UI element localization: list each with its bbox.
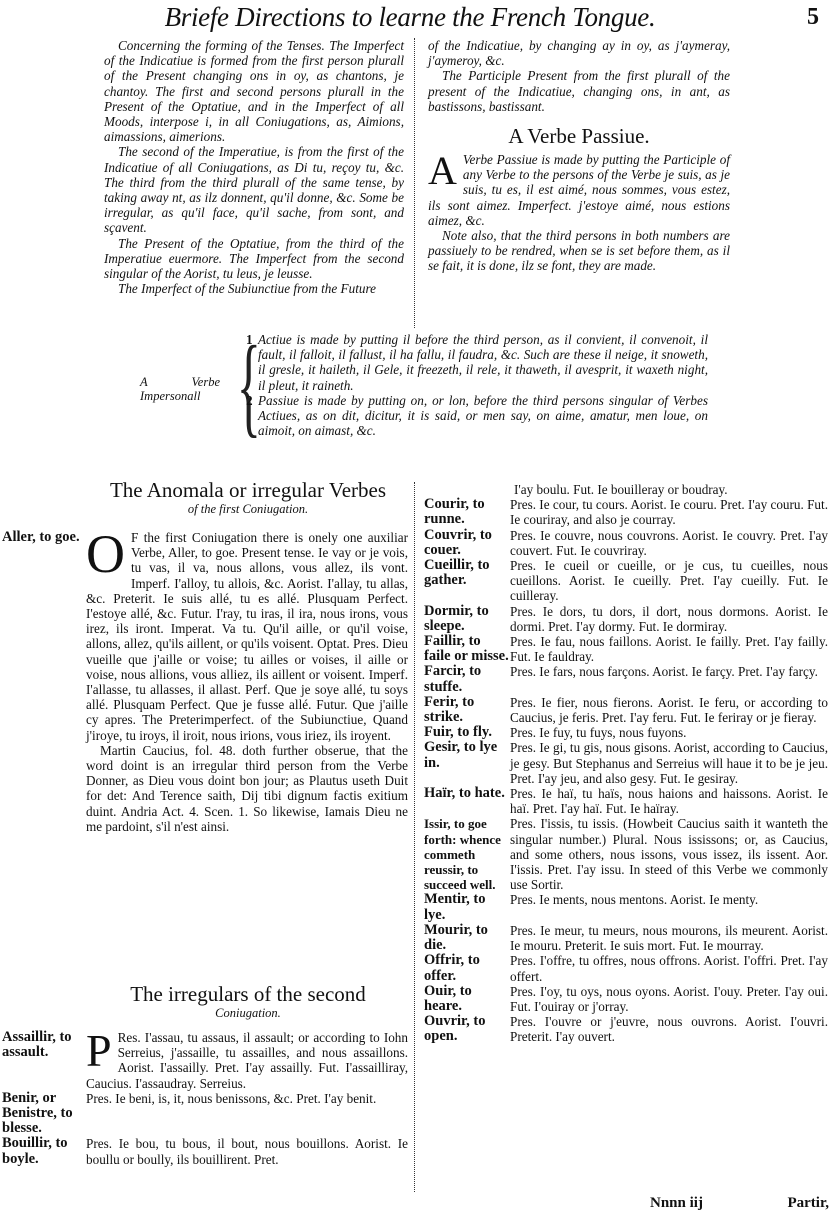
entry-text: Pres. I'oy, tu oys, nous oyons. Aorist. … bbox=[510, 984, 828, 1014]
headword: Ouir, to heare. bbox=[424, 984, 510, 1014]
item-number: 2 bbox=[246, 393, 258, 439]
item-text: Actiue is made by putting il before the … bbox=[258, 332, 708, 393]
headword: Offrir, to offer. bbox=[424, 953, 510, 983]
verb-entry: Faillir, to faile or misse.Pres. Ie fau,… bbox=[424, 634, 828, 664]
entry-body: OF the first Coniugation there is onely … bbox=[86, 530, 408, 834]
headword: Ouvrir, to open. bbox=[424, 1014, 510, 1044]
verb-entry: Assaillir, to assault. PRes. I'assau, tu… bbox=[2, 1030, 408, 1091]
drop-cap: O bbox=[86, 532, 125, 576]
anomala-section: The Anomala or irregular Verbes of the f… bbox=[88, 478, 408, 516]
signature-mark: Nnnn iij bbox=[650, 1195, 703, 1212]
entry-text: Pres. Ie cour, tu cours. Aorist. Ie cour… bbox=[510, 497, 828, 527]
verb-entry: Cueillir, to gather.Pres. Ie cueil or cu… bbox=[424, 558, 828, 604]
headword: Benir, or Benistre, to blesse. bbox=[2, 1091, 86, 1137]
entry-text: Pres. I'ouvre or j'euvre, nous ouvrons. … bbox=[510, 1014, 828, 1044]
verb-entry: Courir, to runne.Pres. Ie cour, tu cours… bbox=[424, 497, 828, 527]
headword: Cueillir, to gather. bbox=[424, 558, 510, 604]
verb-entry-aller: Aller, to goe. OF the first Coniugation … bbox=[2, 530, 408, 834]
entry-text: Pres. Ie gi, tu gis, nous gisons. Aorist… bbox=[510, 740, 828, 786]
entry-text: Pres. Ie ments, nous mentons. Aorist. Ie… bbox=[510, 892, 828, 922]
verb-entry: Benir, or Benistre, to blesse. Pres. Ie … bbox=[2, 1091, 408, 1137]
paragraph: The Present of the Optatiue, from the th… bbox=[104, 236, 404, 282]
lower-right-entries: I'ay boulu. Fut. Ie bouilleray or boudra… bbox=[424, 482, 828, 1045]
headword: Fuir, to fly. bbox=[424, 725, 510, 740]
entry-text: Pres. Ie fier, nous fierons. Aorist. Ie … bbox=[510, 695, 828, 725]
section-subheading: of the first Coniugation. bbox=[88, 502, 408, 516]
entry-text: Pres. Ie beni, is, it, nous benissons, &… bbox=[86, 1091, 408, 1137]
entry-text: Pres. Ie couvre, nous couvrons. Aorist. … bbox=[510, 528, 828, 558]
paragraph: The Imperfect of the Subiunctiue from th… bbox=[104, 281, 404, 296]
impersonal-list: 1 Actiue is made by putting il before th… bbox=[246, 332, 708, 438]
verb-entry: Offrir, to offer.Pres. I'offre, tu offre… bbox=[424, 953, 828, 983]
entry-text: F the first Coniugation there is onely o… bbox=[86, 530, 408, 743]
entry-text: Res. I'assau, tu assaus, il assault; or … bbox=[86, 1030, 408, 1091]
section-subheading: Coniugation. bbox=[88, 1006, 408, 1020]
headword: Haïr, to hate. bbox=[424, 786, 510, 816]
entry-text: Pres. I'offre, tu offres, nous offrons. … bbox=[510, 953, 828, 983]
second-coniugation-section: The irregulars of the second Coniugation… bbox=[88, 982, 408, 1020]
headword: Faillir, to faile or misse. bbox=[424, 634, 510, 664]
entry-text: Pres. Ie haï, tu haïs, nous haions and h… bbox=[510, 786, 828, 816]
headword: Mourir, to die. bbox=[424, 923, 510, 953]
entry-text: Pres. Ie cueil or cueille, or je cus, tu… bbox=[510, 558, 828, 604]
verb-entry: Bouillir, to boyle. Pres. Ie bou, tu bou… bbox=[2, 1136, 408, 1166]
impersonal-item: 1 Actiue is made by putting il before th… bbox=[246, 332, 708, 393]
entry-text: Pres. Ie fuy, tu fuys, nous fuyons. bbox=[510, 725, 828, 740]
verb-entry: Couvrir, to couer.Pres. Ie couvre, nous … bbox=[424, 528, 828, 558]
passive-heading: A Verbe Passiue. bbox=[428, 124, 730, 148]
entry-text: Pres. I'issis, tu issis. (Howbeit Cauciu… bbox=[510, 816, 828, 892]
continuation-line: I'ay boulu. Fut. Ie bouilleray or boudra… bbox=[424, 482, 828, 497]
paragraph: The second of the Imperatiue, is from th… bbox=[104, 144, 404, 235]
impersonal-item: 2 Passiue is made by putting on, or lon,… bbox=[246, 393, 708, 439]
section-heading: The Anomala or irregular Verbes bbox=[88, 478, 408, 502]
verb-entry: Issir, to goe forth: whence commeth reus… bbox=[424, 816, 828, 892]
column-divider bbox=[414, 38, 415, 328]
headword: Assaillir, to assault. bbox=[2, 1030, 86, 1091]
verb-entry: Ouir, to heare.Pres. I'oy, tu oys, nous … bbox=[424, 984, 828, 1014]
paragraph: The Participle Present from the first pl… bbox=[428, 68, 730, 114]
verb-entry: Haïr, to hate.Pres. Ie haï, tu haïs, nou… bbox=[424, 786, 828, 816]
passive-text: Verbe Passiue is made by putting the Par… bbox=[428, 152, 730, 228]
headword: Aller, to goe. bbox=[2, 530, 86, 834]
drop-cap: A bbox=[428, 154, 457, 188]
passive-note: Note also, that the third persons in bot… bbox=[428, 228, 730, 274]
verb-entry: Ferir, to strike.Pres. Ie fier, nous fie… bbox=[424, 695, 828, 725]
headword: Courir, to runne. bbox=[424, 497, 510, 527]
headword: Ferir, to strike. bbox=[424, 695, 510, 725]
section-heading: The irregulars of the second bbox=[88, 982, 408, 1006]
headword: Gesir, to lye in. bbox=[424, 740, 510, 786]
paragraph: of the Indicatiue, by changing ay in oy,… bbox=[428, 38, 730, 68]
headword: Farcir, to stuffe. bbox=[424, 664, 510, 694]
verb-entry: Fuir, to fly.Pres. Ie fuy, tu fuys, nous… bbox=[424, 725, 828, 740]
impersonal-label: A Verbe Impersonall bbox=[140, 375, 220, 403]
headword: Dormir, to sleepe. bbox=[424, 604, 510, 634]
verb-entry: Gesir, to lye in.Pres. Ie gi, tu gis, no… bbox=[424, 740, 828, 786]
item-text: Passiue is made by putting on, or lon, b… bbox=[258, 393, 708, 439]
top-right-column: of the Indicatiue, by changing ay in oy,… bbox=[428, 38, 730, 274]
verb-entry: Farcir, to stuffe.Pres. Ie fars, nous fa… bbox=[424, 664, 828, 694]
page-number: 5 bbox=[807, 4, 819, 31]
headword: Couvrir, to couer. bbox=[424, 528, 510, 558]
item-number: 1 bbox=[246, 332, 258, 393]
lower-left-entries: Assaillir, to assault. PRes. I'assau, tu… bbox=[2, 1030, 408, 1167]
entry-text: Pres. Ie dors, tu dors, il dort, nous do… bbox=[510, 604, 828, 634]
top-left-column: Concerning the forming of the Tenses. Th… bbox=[104, 38, 404, 296]
caucius-note: Martin Caucius, fol. 48. doth further ob… bbox=[86, 743, 408, 834]
entry-text: Pres. Ie fars, nous farçons. Aorist. Ie … bbox=[510, 664, 828, 694]
verb-entry: Ouvrir, to open.Pres. I'ouvre or j'euvre… bbox=[424, 1014, 828, 1044]
headword: Bouillir, to boyle. bbox=[2, 1136, 86, 1166]
running-title: Briefe Directions to learne the French T… bbox=[110, 2, 710, 33]
verb-entry: Mourir, to die.Pres. Ie meur, tu meurs, … bbox=[424, 923, 828, 953]
headword: Mentir, to lye. bbox=[424, 892, 510, 922]
verb-entry: Mentir, to lye.Pres. Ie ments, nous ment… bbox=[424, 892, 828, 922]
column-divider bbox=[414, 482, 415, 1192]
headword: Issir, to goe forth: whence commeth reus… bbox=[424, 816, 510, 892]
paragraph: Concerning the forming of the Tenses. Th… bbox=[104, 38, 404, 144]
entry-text: Pres. Ie fau, nous faillons. Aorist. Ie … bbox=[510, 634, 828, 664]
entry-text: Pres. Ie bou, tu bous, il bout, nous bou… bbox=[86, 1136, 408, 1166]
entry-text: Pres. Ie meur, tu meurs, nous mourons, i… bbox=[510, 923, 828, 953]
verb-entry: Dormir, to sleepe.Pres. Ie dors, tu dors… bbox=[424, 604, 828, 634]
catchword: Partir, bbox=[787, 1195, 829, 1212]
entry-body: PRes. I'assau, tu assaus, il assault; or… bbox=[86, 1030, 408, 1091]
drop-cap: P bbox=[86, 1032, 112, 1070]
